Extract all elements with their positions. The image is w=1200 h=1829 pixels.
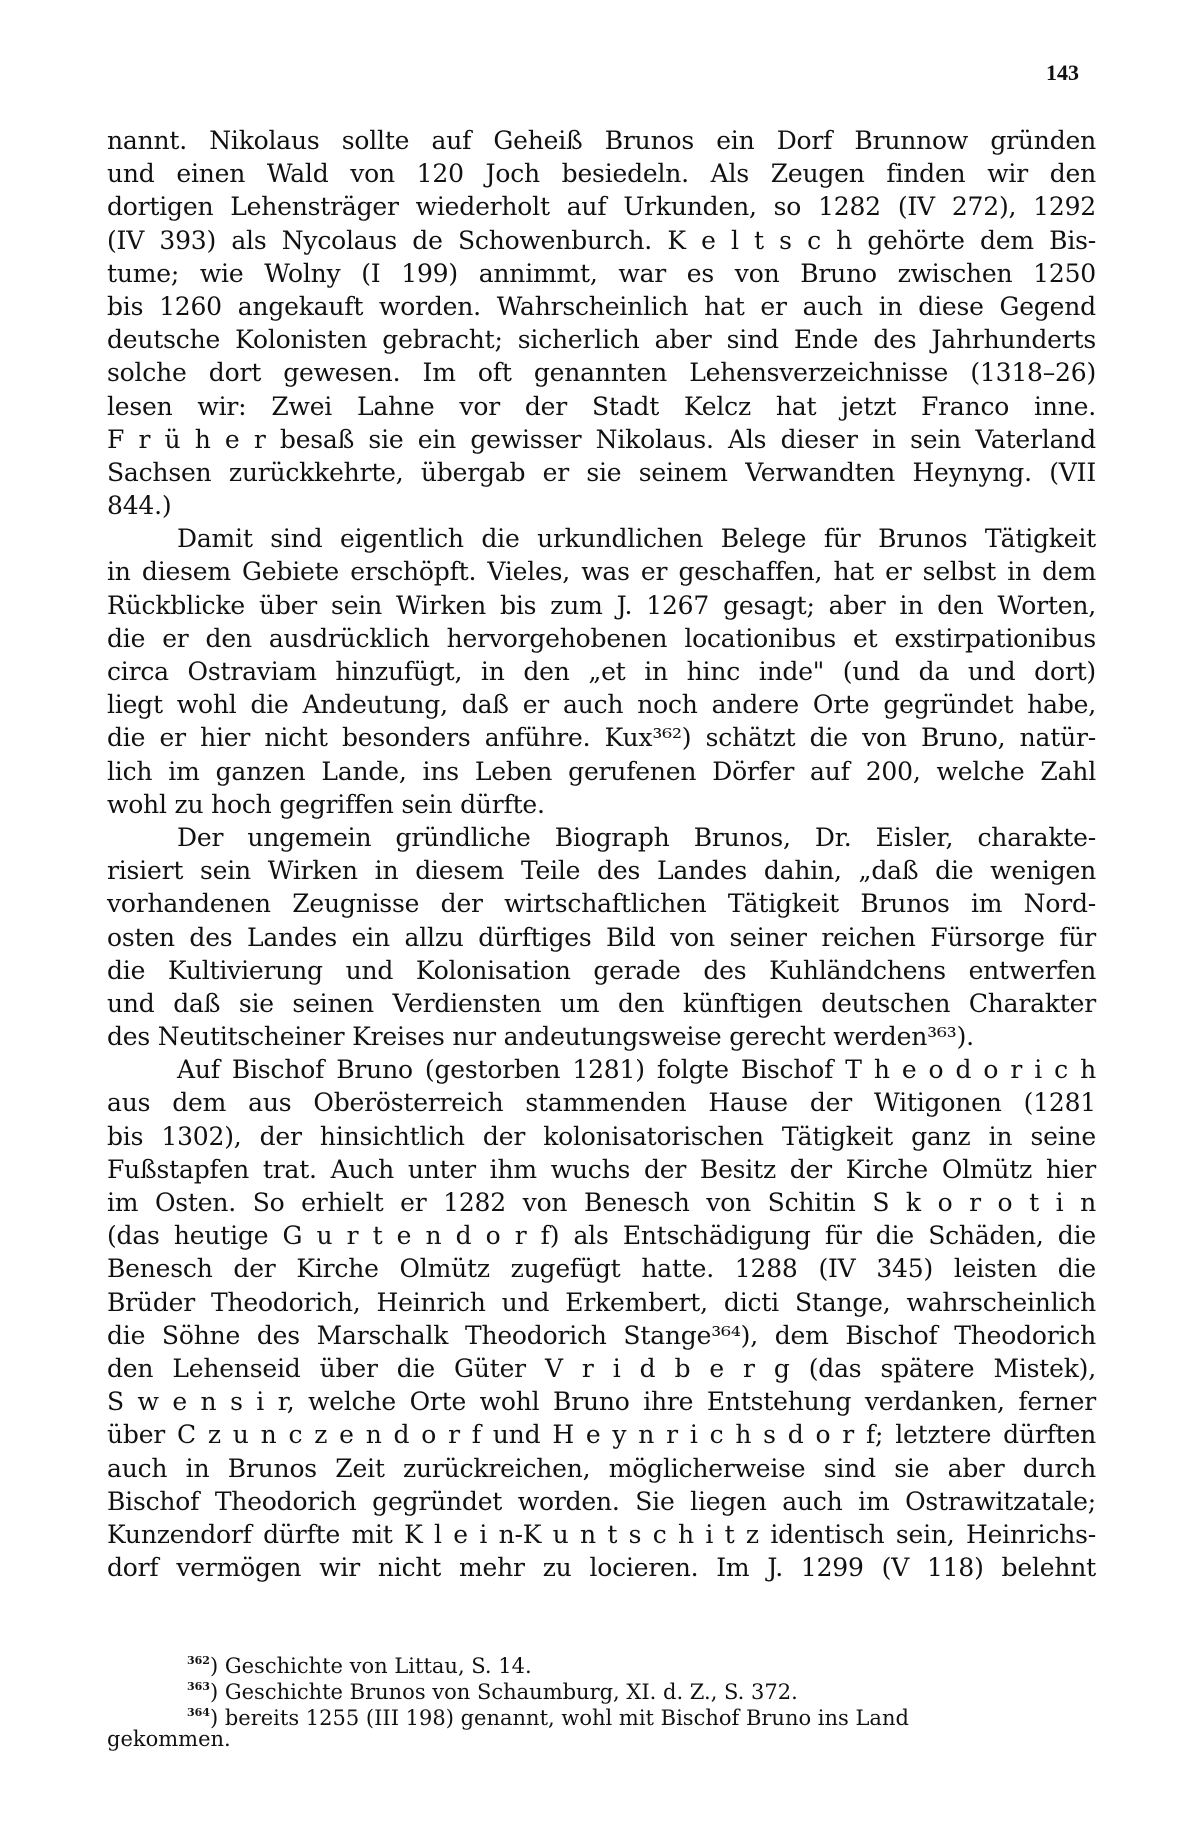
text-line: die Kultivierung und Kolonisation gerade… [107,954,1096,987]
text-line: und einen Wald von 120 Joch besiedeln. A… [107,157,1096,190]
text-line: des Neutitscheiner Kreises nur andeutung… [107,1020,1096,1053]
footnote-number: 363 [187,1680,210,1693]
footnote: 364) bereits 1255 (III 198) genannt, woh… [107,1700,1096,1726]
text-line: Rückblicke über sein Wirken bis zum J. 1… [107,589,1096,622]
text-line: tume; wie Wolny (I 199) annimmt, war es … [107,257,1096,290]
text-line: dorf vermögen wir nicht mehr zu locieren… [107,1551,1096,1584]
text-line: Kunzendorf dürfte mit K l e i n-K u n t … [107,1518,1096,1551]
text-line: Auf Bischof Bruno (gestorben 1281) folgt… [107,1053,1096,1086]
text-line: nannt. Nikolaus sollte auf Geheiß Brunos… [107,124,1096,157]
text-line: bis 1302), der hinsichtlich der kolonisa… [107,1120,1096,1153]
text-line: F r ü h e r besaß sie ein gewisser Nikol… [107,423,1096,456]
text-line: circa Ostraviam hinzufügt, in den „et in… [107,655,1096,688]
text-line: wohl zu hoch gegriffen sein dürfte. [107,788,1096,821]
text-line: vorhandenen Zeugnisse der wirtschaftlich… [107,887,1096,920]
text-line: liegt wohl die Andeutung, daß er auch no… [107,688,1096,721]
body-text: nannt. Nikolaus sollte auf Geheiß Brunos… [107,124,1096,1584]
text-line: risiert sein Wirken in diesem Teile des … [107,854,1096,887]
text-line: bis 1260 angekauft worden. Wahrscheinlic… [107,290,1096,323]
text-line: Der ungemein gründliche Biograph Brunos,… [107,821,1096,854]
text-line: lich im ganzen Lande, ins Leben gerufene… [107,755,1096,788]
footnote-text: bereits 1255 (III 198) genannt, wohl mit… [225,1706,909,1730]
text-line: deutsche Kolonisten gebracht; sicherlich… [107,323,1096,356]
text-line: S w e n s i r, welche Orte wohl Bruno ih… [107,1385,1096,1418]
text-line: Bischof Theodorich gegründet worden. Sie… [107,1485,1096,1518]
text-line: im Osten. So erhielt er 1282 von Benesch… [107,1186,1096,1219]
text-line: den Lehenseid über die Güter V r i d b e… [107,1352,1096,1385]
text-line: osten des Landes ein allzu dürftiges Bil… [107,921,1096,954]
text-line: über C z u n c z e n d o r f und H e y n… [107,1418,1096,1451]
text-line: 844.) [107,489,1096,522]
text-line: dortigen Lehensträger wiederholt auf Urk… [107,190,1096,223]
footnote: 363) Geschichte Brunos von Schaumburg, X… [107,1674,1096,1700]
text-line: und daß sie seinen Verdiensten um den kü… [107,987,1096,1020]
text-line: Fußstapfen trat. Auch unter ihm wuchs de… [107,1153,1096,1186]
text-line: lesen wir: Zwei Lahne vor der Stadt Kelc… [107,390,1096,423]
footnote-number: 364 [187,1706,210,1719]
text-line: Brüder Theodorich, Heinrich und Erkember… [107,1286,1096,1319]
text-line: solche dort gewesen. Im oft genannten Le… [107,356,1096,389]
footnote-number: 362 [187,1654,210,1667]
text-line: aus dem aus Oberösterreich stammenden Ha… [107,1086,1096,1119]
text-line: die Söhne des Marschalk Theodorich Stang… [107,1319,1096,1352]
text-line: Sachsen zurückkehrte, übergab er sie sei… [107,456,1096,489]
page-number: 143 [1046,60,1079,86]
text-line: die er hier nicht besonders anführe. Kux… [107,721,1096,754]
text-line: auch in Brunos Zeit zurückreichen, mögli… [107,1452,1096,1485]
text-line: die er den ausdrücklich hervorgehobenen … [107,622,1096,655]
footnotes: 362) Geschichte von Littau, S. 14.363) G… [107,1648,1096,1752]
footnote-text: gekommen. [107,1727,231,1751]
text-line: Benesch der Kirche Olmütz zugefügt hatte… [107,1252,1096,1285]
text-line: in diesem Gebiete erschöpft. Vieles, was… [107,555,1096,588]
text-line: Damit sind eigentlich die urkundlichen B… [107,522,1096,555]
footnote: 362) Geschichte von Littau, S. 14. [107,1648,1096,1674]
text-line: (das heutige G u r t e n d o r f) als En… [107,1219,1096,1252]
text-line: (IV 393) als Nycolaus de Schowenburch. K… [107,224,1096,257]
